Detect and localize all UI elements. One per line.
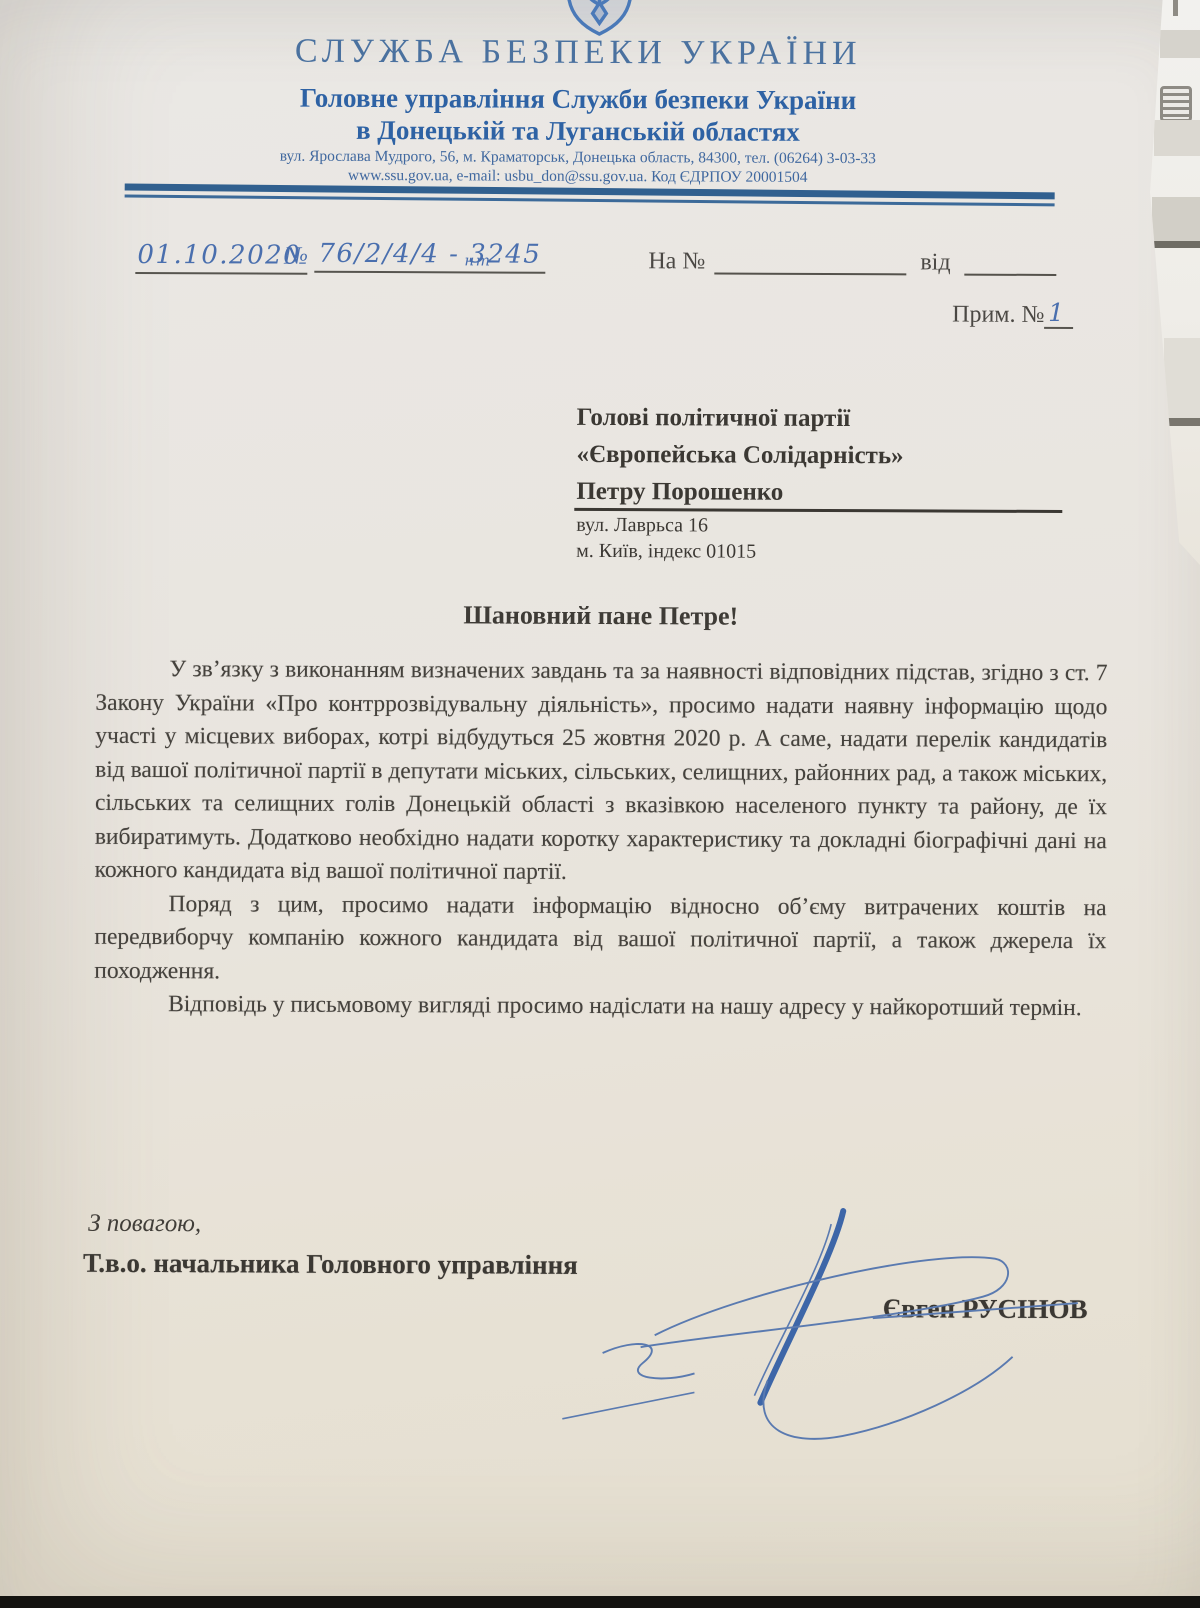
recipient-city: м. Київ, індекс 01015	[576, 540, 756, 564]
salutation: Шановний пане Петре!	[1, 598, 1200, 633]
ukraine-trident-shield-emblem	[559, 0, 639, 36]
closing-regards: З повагою,	[88, 1210, 201, 1238]
division-line1: Головне управління Служби безпеки Україн…	[3, 81, 1153, 117]
number-sign: №	[284, 243, 308, 271]
signer-position: Т.в.о. начальника Головного управління	[83, 1248, 578, 1281]
reply-number-blank	[714, 272, 906, 275]
org-name: СЛУЖБА БЕЗПЕКИ УКРАЇНИ	[3, 31, 1153, 74]
division-line2: в Донецькій та Луганській областях	[3, 113, 1153, 149]
body-paragraph: Поряд з цим, просимо надати інформацію в…	[94, 887, 1106, 992]
official-letter: СЛУЖБА БЕЗПЕКИ УКРАЇНИ Головне управлінн…	[0, 0, 1200, 1608]
handwritten-outgoing-number: 76/2/4/4 - 3245	[314, 239, 545, 274]
reply-to-label: На №	[648, 248, 705, 275]
document-photo: СЛУЖБА БЕЗПЕКИ УКРАЇНИ Головне управлінн…	[0, 0, 1200, 1608]
handwritten-signature-icon	[542, 1195, 1083, 1452]
recipient-name: Петру Порошенко	[576, 478, 783, 507]
body-paragraph: У зв’язку з виконанням визначених завдан…	[95, 653, 1108, 892]
body-paragraph: Відповідь у письмовому вигляді просимо н…	[94, 988, 1106, 1026]
recipient-line: Голові політичної партії	[577, 404, 851, 433]
handwritten-copy-number: 1	[1044, 298, 1074, 329]
recipient-line: «Європейська Солідарність»	[576, 441, 903, 470]
handwritten-number-suffix: нт	[464, 251, 491, 269]
letter-body: У зв’язку з виконанням визначених завдан…	[94, 653, 1108, 1026]
handwritten-date: 01.10.2020	[135, 240, 307, 275]
reply-from-label: від	[920, 249, 950, 276]
copy-label: Прим. №	[952, 302, 1044, 329]
recipient-underline	[574, 508, 1062, 513]
reply-date-blank	[964, 274, 1056, 276]
recipient-street: вул. Лаврьса 16	[576, 514, 708, 538]
